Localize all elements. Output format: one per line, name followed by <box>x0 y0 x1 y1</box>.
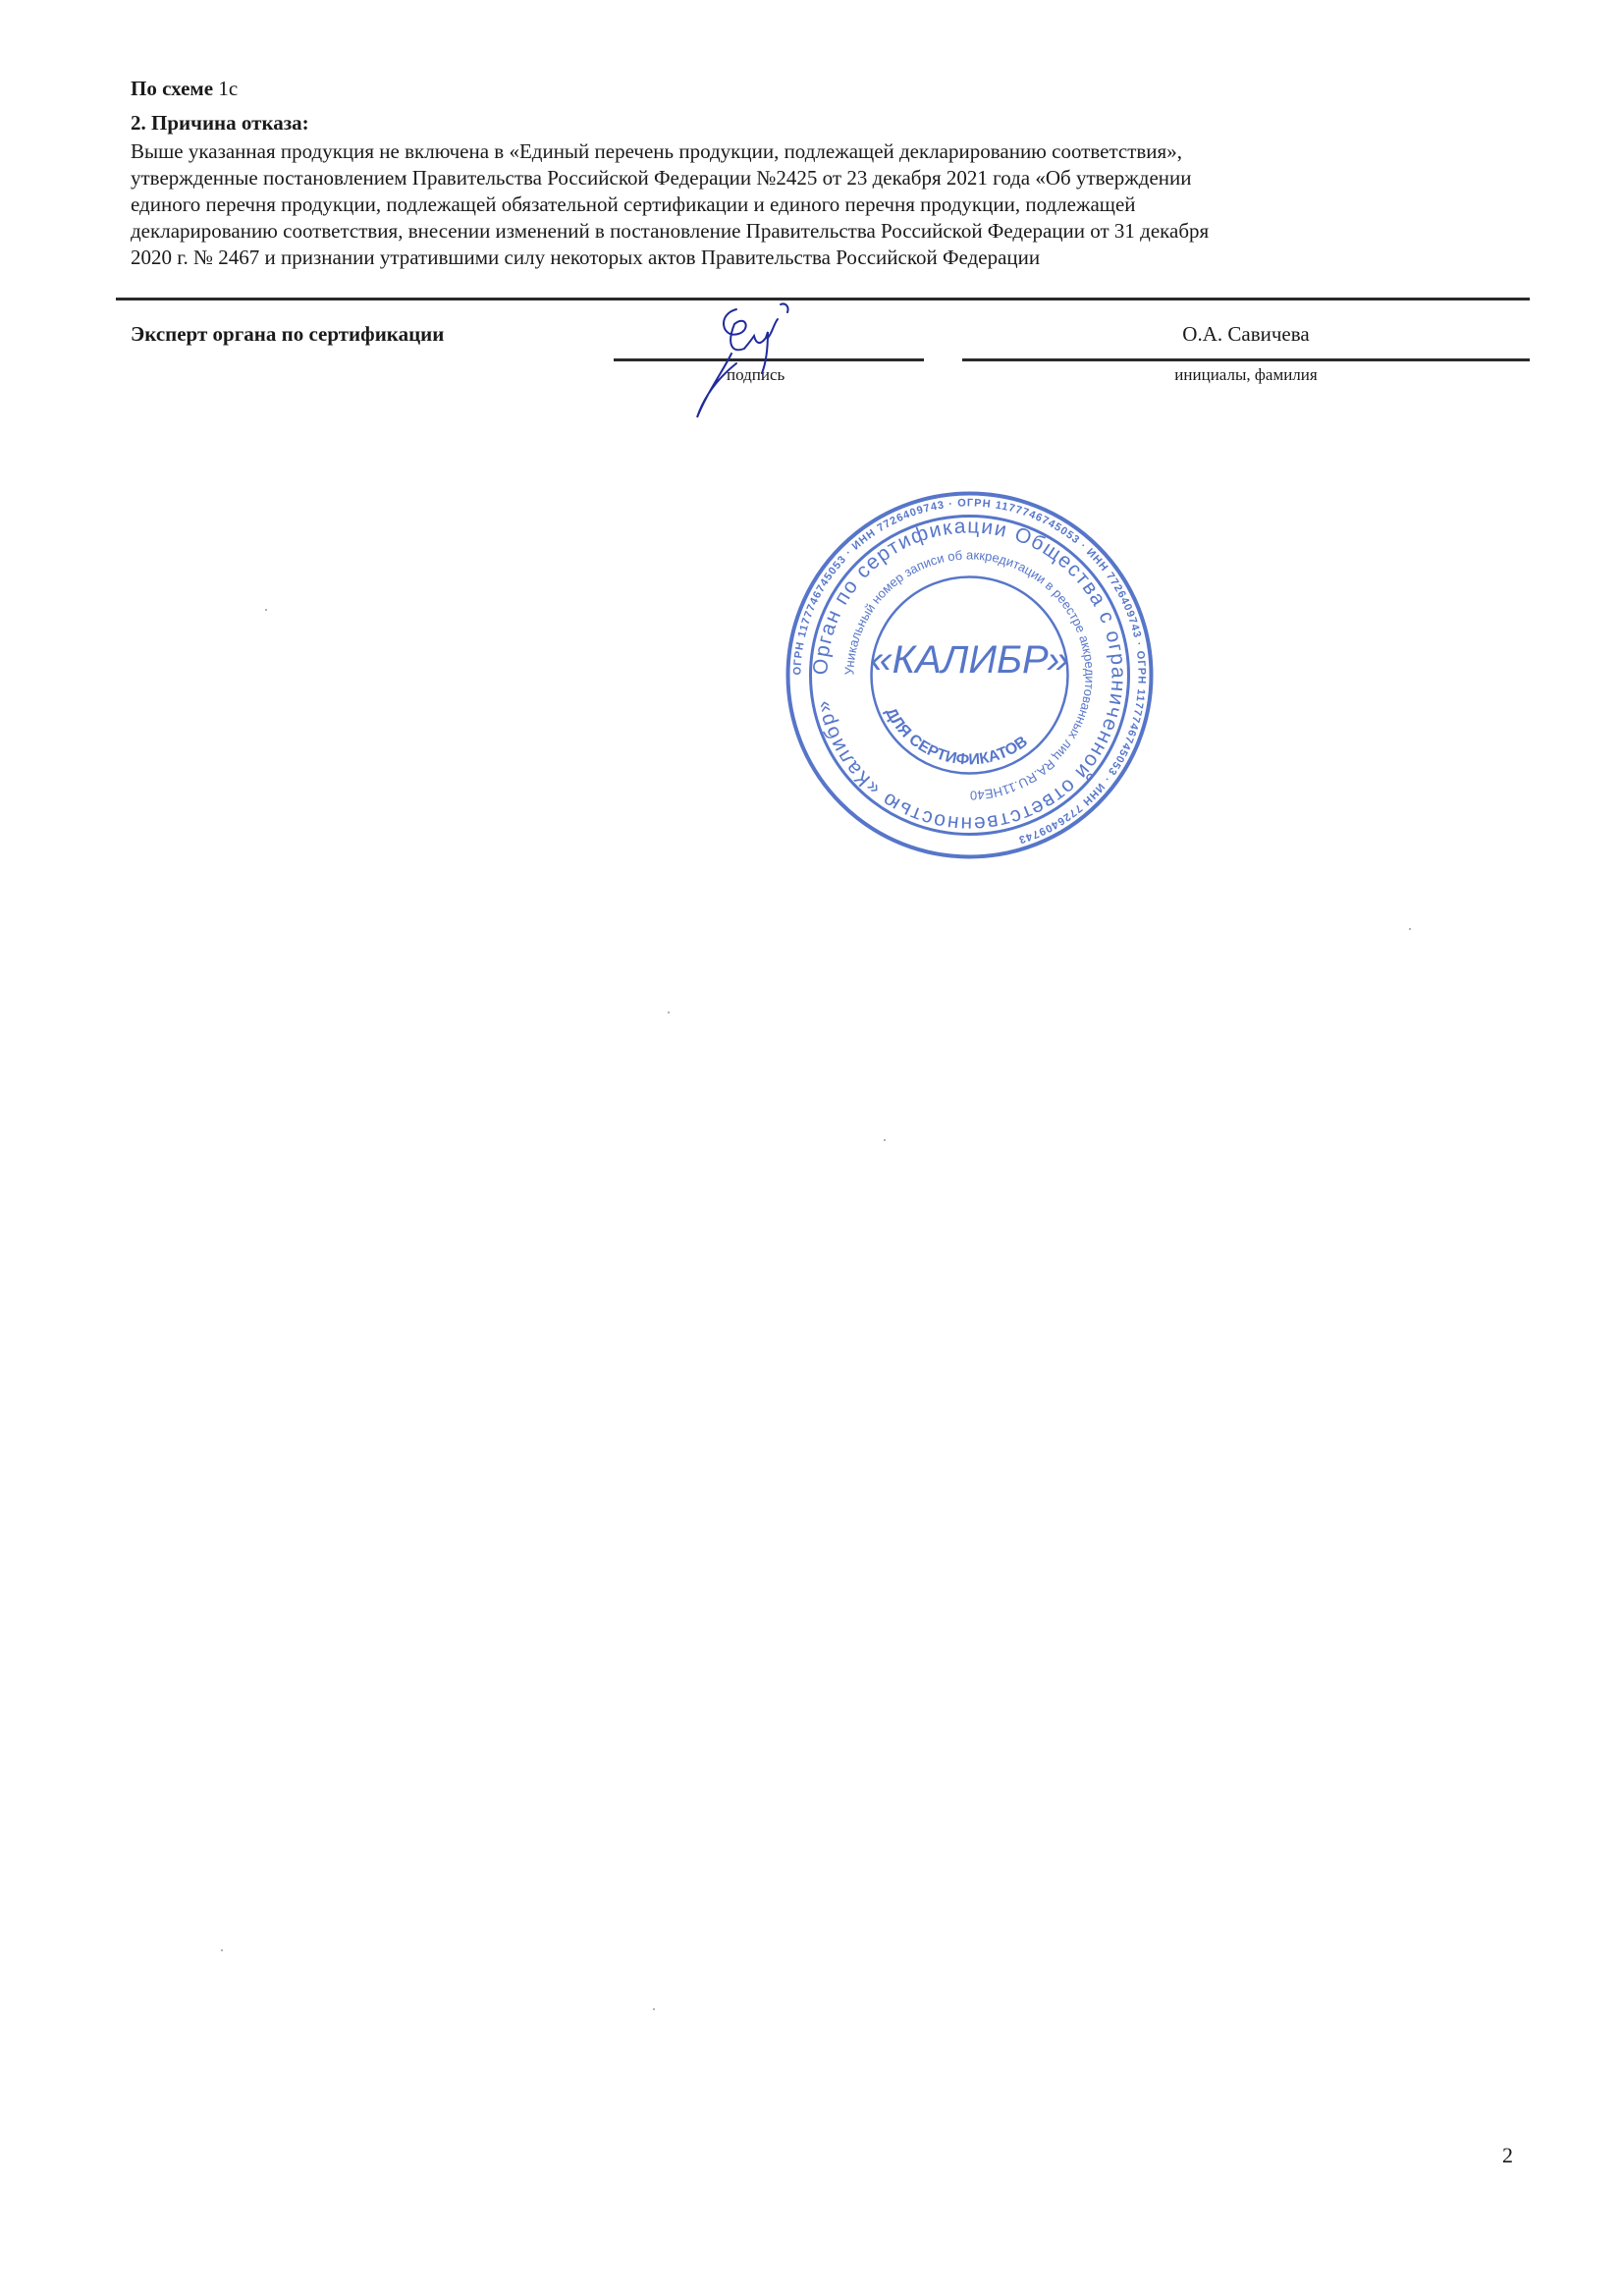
page-number: 2 <box>1502 2143 1513 2168</box>
stamp-seal-icon: ОГРН 1177746745053 · ИНН 7726409743 · ОГ… <box>781 486 1159 864</box>
scan-speck <box>653 2008 655 2010</box>
document-page: По схеме 1с 2. Причина отказа: Выше указ… <box>0 0 1623 2296</box>
reason-line: утвержденные постановлением Правительств… <box>131 165 1535 191</box>
scan-speck <box>221 1949 223 1951</box>
svg-text:ДЛЯ СЕРТИФИКАТОВ: ДЛЯ СЕРТИФИКАТОВ <box>882 705 1031 769</box>
reason-line: Выше указанная продукция не включена в «… <box>131 138 1535 165</box>
scheme-value: 1с <box>218 77 238 100</box>
scheme-label: По схеме <box>131 77 213 100</box>
scan-speck <box>668 1011 670 1013</box>
name-line <box>962 358 1530 361</box>
reason-line: декларированию соответствия, внесении из… <box>131 218 1535 245</box>
expert-name: О.А. Савичева <box>962 322 1530 347</box>
expert-role-label: Эксперт органа по сертификации <box>131 322 444 347</box>
handwritten-signature-icon <box>677 295 825 422</box>
refusal-reason-text: Выше указанная продукция не включена в «… <box>131 138 1535 271</box>
name-caption: инициалы, фамилия <box>962 365 1530 385</box>
refusal-reason-title: 2. Причина отказа: <box>131 111 309 136</box>
scan-speck <box>884 1139 886 1141</box>
reason-line: 2020 г. № 2467 и признании утратившими с… <box>131 245 1535 271</box>
svg-text:«КАЛИБР»: «КАЛИБР» <box>870 638 1068 682</box>
certification-scheme: По схеме 1с <box>131 77 238 101</box>
scan-speck <box>265 609 267 611</box>
scan-speck <box>1409 928 1411 930</box>
reason-line: единого перечня продукции, подлежащей об… <box>131 191 1535 218</box>
